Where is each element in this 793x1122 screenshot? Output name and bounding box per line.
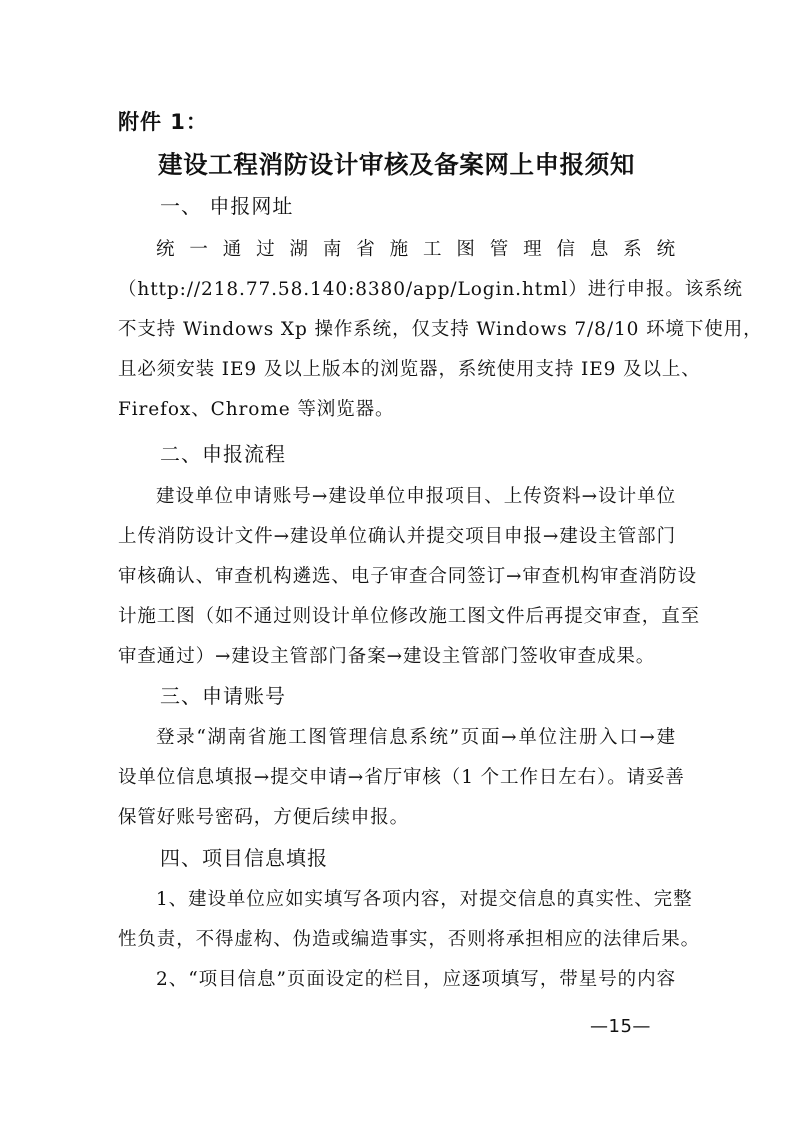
paragraph-line: 建设单位申请账号→建设单位申报项目、上传资料→设计单位 <box>156 485 676 509</box>
page-number: —15— <box>590 1016 651 1037</box>
paragraph-line: 计施工图（如不通过则设计单位修改施工图文件后再提交审查，直至 <box>118 605 676 629</box>
paragraph-line: 1、建设单位应如实填写各项内容，对提交信息的真实性、完整 <box>156 888 676 912</box>
paragraph-line: 2、“项目信息”页面设定的栏目，应逐项填写，带星号的内容 <box>156 968 676 992</box>
paragraph-line: 性负责，不得虚构、伪造或编造事实，否则将承担相应的法律后果。 <box>118 928 676 952</box>
paragraph-line: 设单位信息填报→提交申请→省厅审核（1 个工作日左右）。请妥善 <box>118 766 676 790</box>
document-title: 建设工程消防设计审核及备案网上申报须知 <box>0 146 793 181</box>
section-heading-account: 三、申请账号 <box>160 680 286 709</box>
paragraph-line: 审核确认、审查机构遴选、电子审查合同签订→审查机构审查消防设 <box>118 565 676 589</box>
paragraph-line: 登录“湖南省施工图管理信息系统”页面→单位注册入口→建 <box>156 726 676 750</box>
paragraph-line: 不支持 Windows Xp 操作系统，仅支持 Windows 7/8/10 环… <box>118 318 676 342</box>
paragraph-line: 且必须安装 IE9 及以上版本的浏览器，系统使用支持 IE9 及以上、 <box>118 358 676 382</box>
paragraph-line: Firefox、Chrome 等浏览器。 <box>118 398 676 422</box>
paragraph-line: 保管好账号密码，方便后续申报。 <box>118 806 676 830</box>
paragraph-line: 审查通过）→建设主管部门备案→建设主管部门签收审查成果。 <box>118 645 676 669</box>
attachment-label: 附件 1： <box>118 106 208 136</box>
paragraph-line: （http://218.77.58.140:8380/app/Login.htm… <box>118 278 676 302</box>
section-heading-project-info: 四、项目信息填报 <box>160 842 328 871</box>
document-page: 附件 1： 建设工程消防设计审核及备案网上申报须知 一、 申报网址 统 一 通 … <box>0 0 793 1122</box>
paragraph-line: 统 一 通 过 湖 南 省 施 工 图 管 理 信 息 系 统 <box>156 238 676 262</box>
section-heading-url: 一、 申报网址 <box>160 190 293 219</box>
section-heading-process: 二、申报流程 <box>160 438 286 467</box>
paragraph-line: 上传消防设计文件→建设单位确认并提交项目申报→建设主管部门 <box>118 525 676 549</box>
